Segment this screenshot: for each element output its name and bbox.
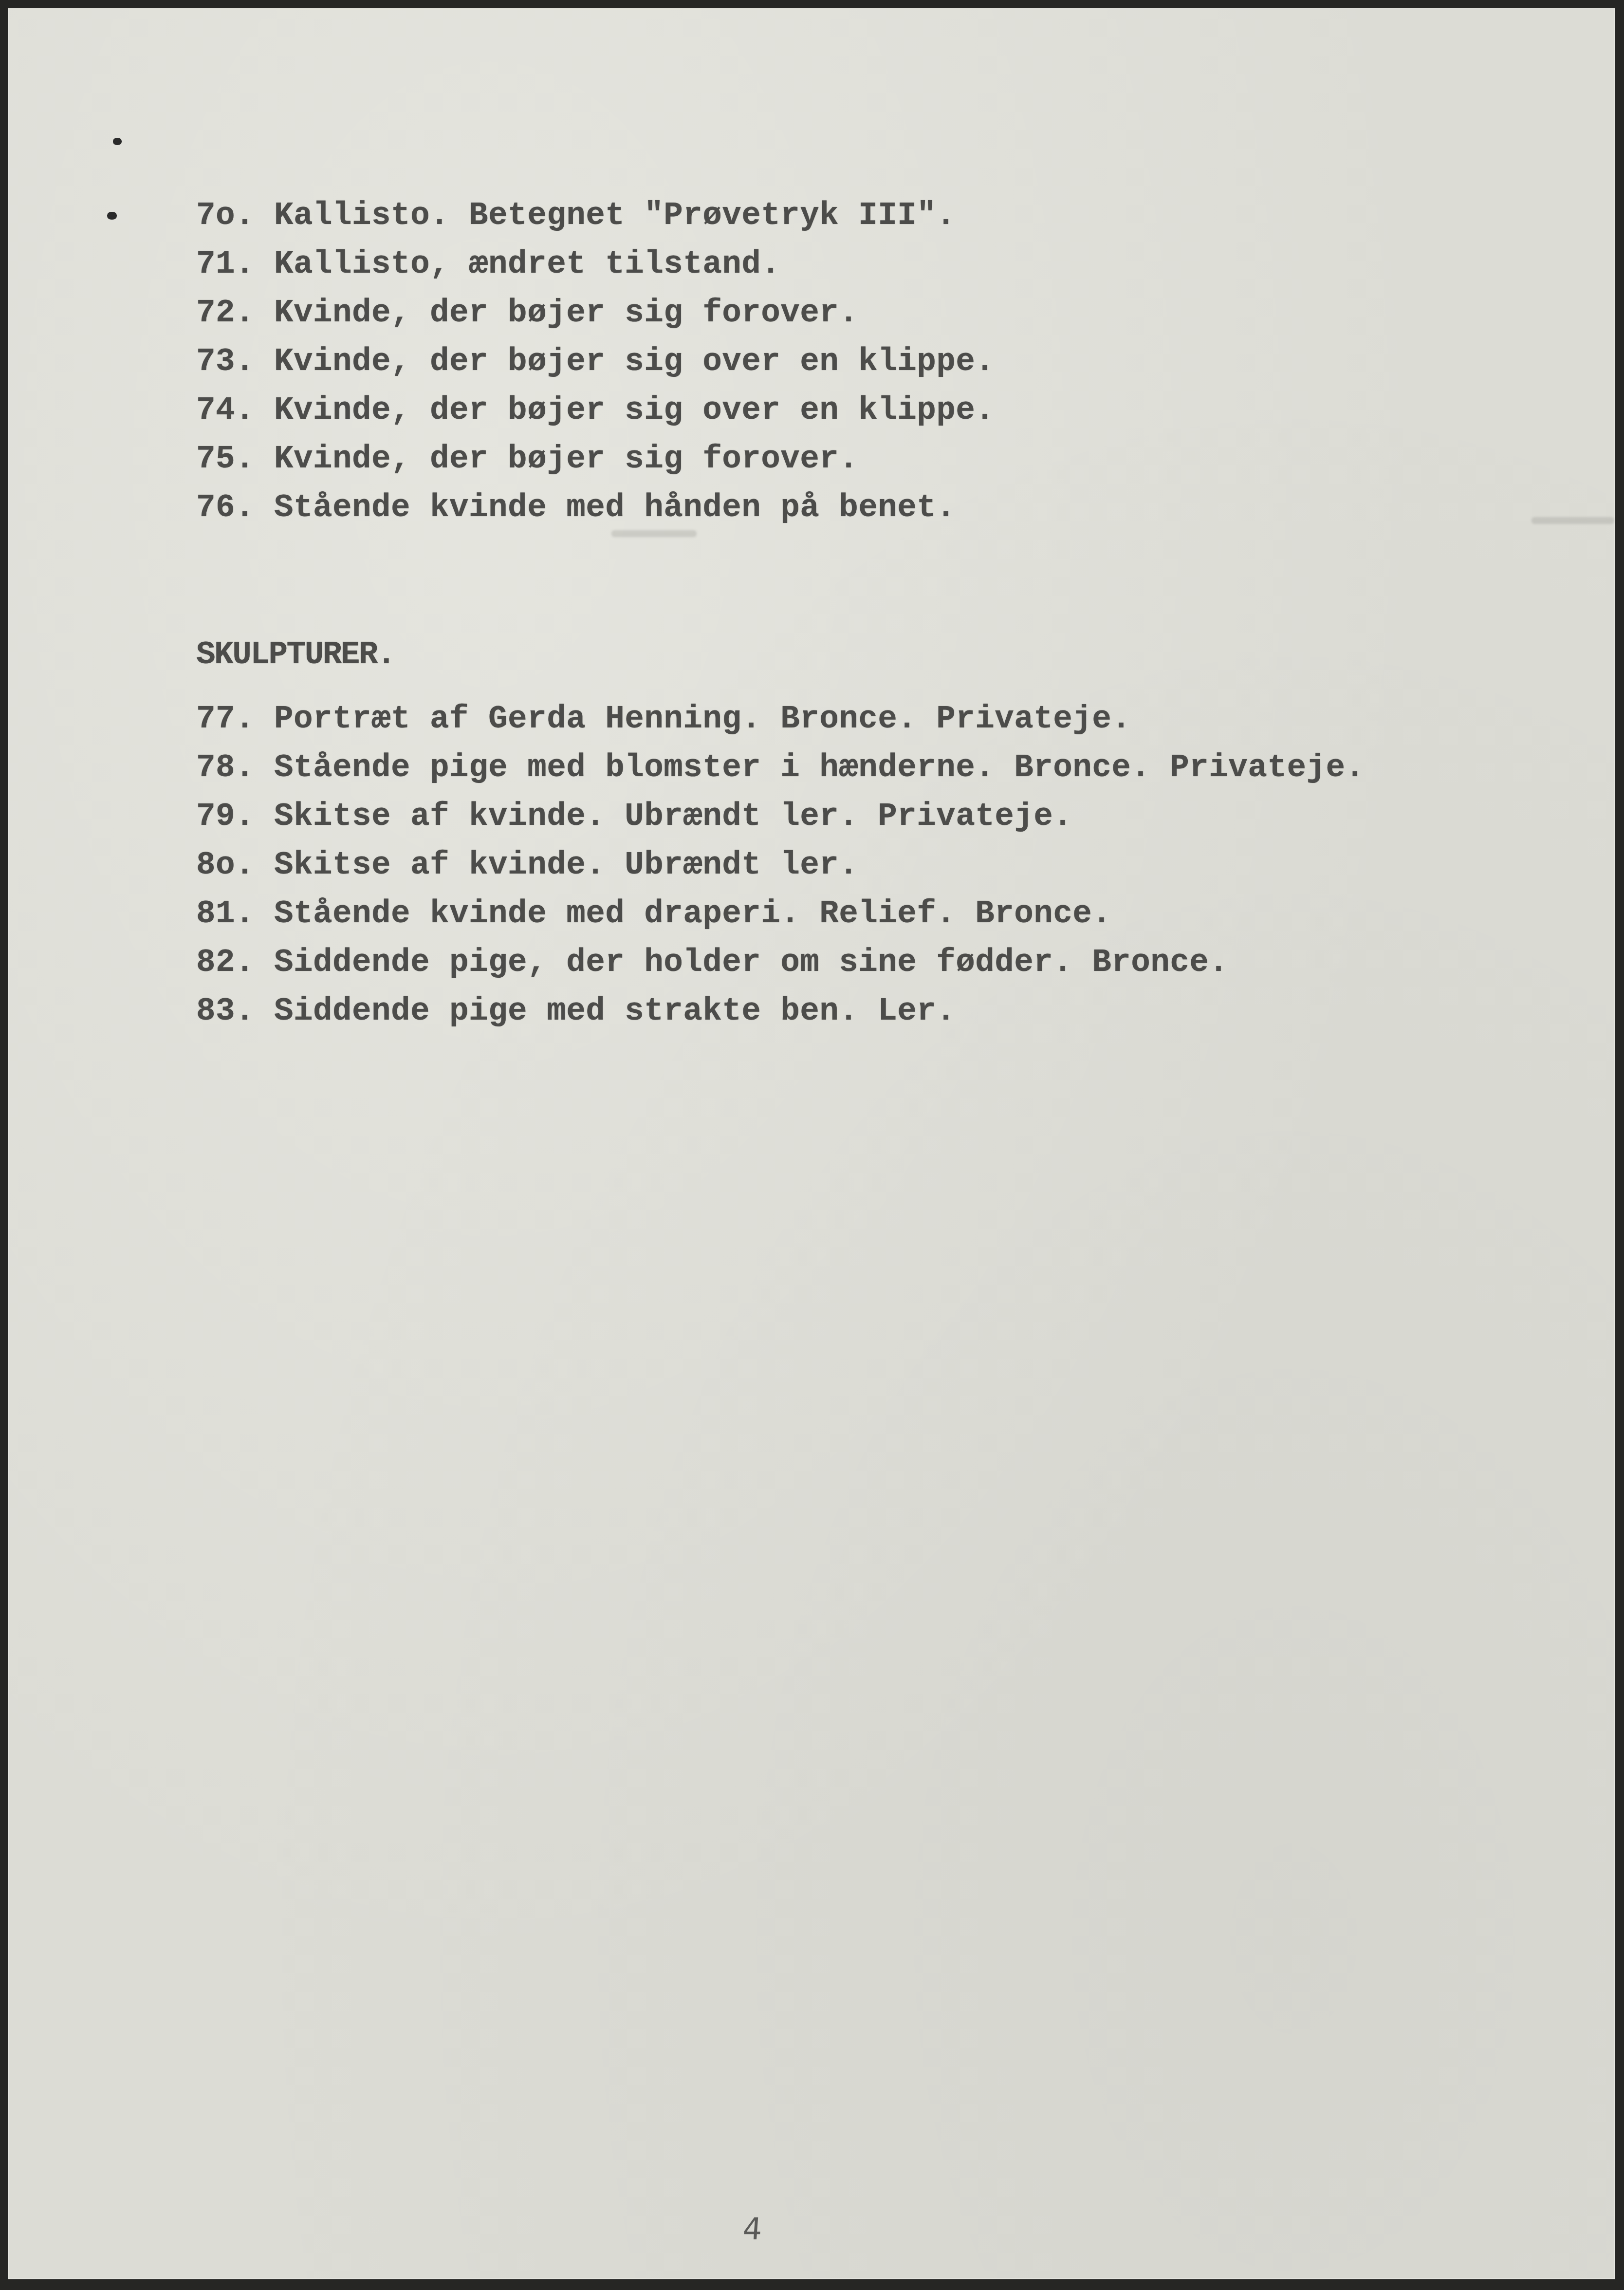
margin-dot-mark [107, 212, 117, 220]
list-item: 79. Skitse af kvinde. Ubrændt ler. Priva… [196, 801, 1072, 833]
item-number: 79. [196, 798, 255, 835]
item-text: Skitse af kvinde. Ubrændt ler. [274, 847, 858, 883]
item-number: 78. [196, 749, 255, 786]
document-page: 7o. Kallisto. Betegnet "Prøvetryk III". … [8, 8, 1615, 2279]
item-text: Stående pige med blomster i hænderne. Br… [274, 749, 1365, 786]
list-item: 71. Kallisto, ændret tilstand. [196, 248, 780, 280]
list-item: 74. Kvinde, der bøjer sig over en klippe… [196, 394, 995, 427]
item-text: Siddende pige, der holder om sine fødder… [274, 944, 1228, 981]
list-item: 82. Siddende pige, der holder om sine fø… [196, 947, 1228, 979]
item-number: 8o. [196, 847, 255, 883]
item-text: Kvinde, der bøjer sig forover. [274, 441, 858, 477]
margin-dot-mark [113, 138, 122, 145]
item-text: Stående kvinde med hånden på benet. [274, 489, 956, 526]
item-number: 71. [196, 246, 255, 282]
item-text: Portræt af Gerda Henning. Bronce. Privat… [274, 701, 1131, 737]
item-text: Kvinde, der bøjer sig over en klippe. [274, 343, 995, 380]
list-item: 75. Kvinde, der bøjer sig forover. [196, 443, 858, 475]
page-number: 4 [742, 2214, 763, 2244]
item-text: Kvinde, der bøjer sig over en klippe. [274, 392, 995, 428]
item-number: 7o. [196, 197, 255, 234]
item-text: Kallisto, ændret tilstand. [274, 246, 780, 282]
list-item: 7o. Kallisto. Betegnet "Prøvetryk III". [196, 200, 956, 232]
item-text: Stående kvinde med draperi. Relief. Bron… [274, 895, 1111, 932]
list-item: 78. Stående pige med blomster i hænderne… [196, 752, 1365, 784]
item-text: Kallisto. Betegnet "Prøvetryk III". [274, 197, 956, 234]
item-number: 74. [196, 392, 255, 428]
list-item: 76. Stående kvinde med hånden på benet. [196, 492, 956, 524]
list-item: 73. Kvinde, der bøjer sig over en klippe… [196, 346, 995, 378]
item-number: 81. [196, 895, 255, 932]
list-item: 8o. Skitse af kvinde. Ubrændt ler. [196, 849, 858, 881]
item-number: 82. [196, 944, 255, 981]
list-item: 81. Stående kvinde med draperi. Relief. … [196, 898, 1111, 930]
list-item: 72. Kvinde, der bøjer sig forover. [196, 297, 858, 329]
erasure-smudge [611, 530, 697, 537]
list-item: 83. Siddende pige med strakte ben. Ler. [196, 995, 956, 1027]
item-number: 72. [196, 295, 255, 331]
item-text: Siddende pige med strakte ben. Ler. [274, 993, 956, 1029]
erasure-smudge [1532, 517, 1614, 524]
item-number: 77. [196, 701, 255, 737]
item-number: 83. [196, 993, 255, 1029]
section-heading: SKULPTURER. [196, 639, 395, 671]
item-number: 76. [196, 489, 255, 526]
item-text: Kvinde, der bøjer sig forover. [274, 295, 858, 331]
list-item: 77. Portræt af Gerda Henning. Bronce. Pr… [196, 703, 1131, 735]
item-text: Skitse af kvinde. Ubrændt ler. Privateje… [274, 798, 1072, 835]
item-number: 75. [196, 441, 255, 477]
item-number: 73. [196, 343, 255, 380]
